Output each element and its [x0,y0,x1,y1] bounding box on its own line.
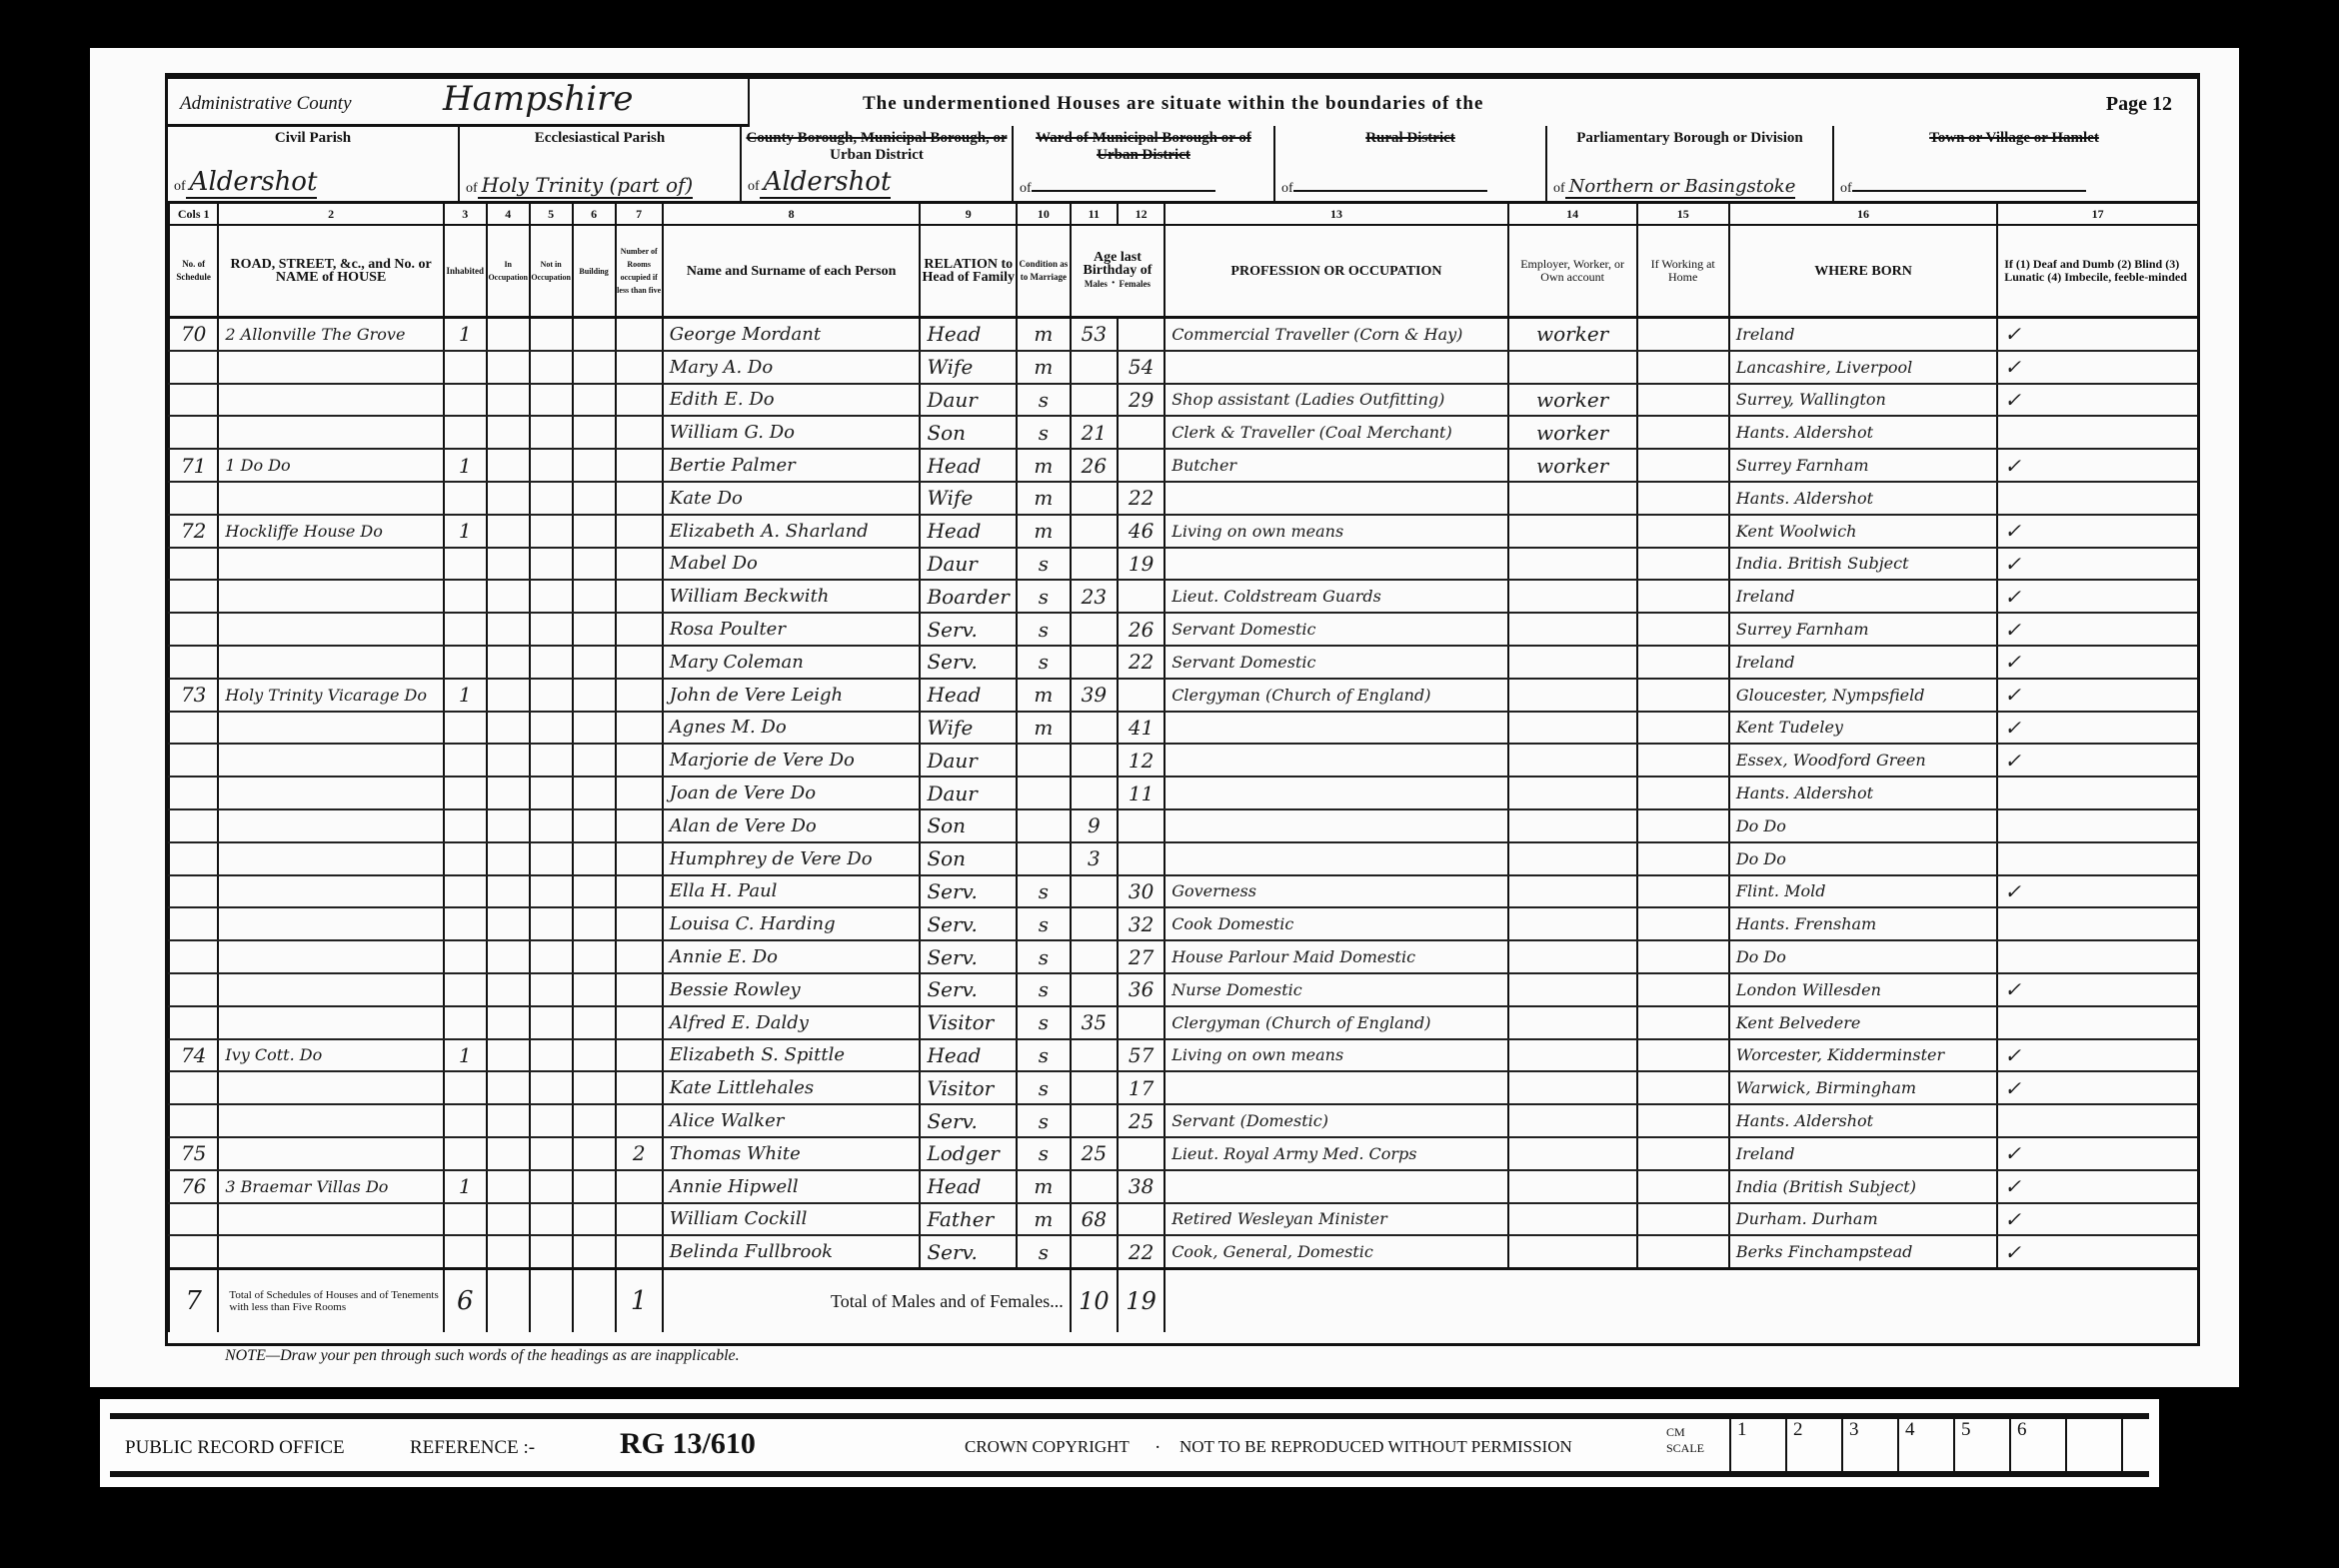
struck-label: County Borough, Municipal Borough, or [747,130,1008,146]
total-males: 10 [1071,1269,1118,1333]
rooms-cell [616,842,663,875]
rural-district: Rural District of [1275,126,1547,201]
employer-status-cell: worker [1508,416,1637,449]
occupation-cell: Servant (Domestic) [1165,1104,1508,1137]
female-age-cell: 38 [1118,1170,1165,1203]
occupation-cell [1165,351,1508,384]
infirmity-cell: ✓ [1997,1235,2197,1268]
in-occupation-cell [487,1071,530,1104]
male-age-cell [1071,712,1118,745]
person-name-cell: Kate Littlehales [663,1071,921,1104]
where-born-cell: Hants. Aldershot [1729,1104,1997,1137]
female-age-cell: 22 [1118,646,1165,679]
table-row: Alice WalkerServ.s25Servant (Domestic)Ha… [169,1104,2197,1137]
civil-parish-value: Aldershot [186,167,318,199]
in-occupation-cell [487,1137,530,1170]
condition-cell: s [1017,416,1071,449]
col-num: 9 [920,204,1017,225]
schedule-no-cell: 75 [169,1137,218,1170]
person-name-cell: William Beckwith [663,580,921,613]
urban-district: County Borough, Municipal Borough, or Ur… [742,126,1014,201]
where-born-cell: Surrey, Wallington [1729,384,1997,417]
inhabited-cell [444,842,487,875]
condition-cell: m [1017,1170,1071,1203]
total-building [573,1269,616,1333]
employer-status-cell: worker [1508,318,1637,351]
person-name-cell: Thomas White [663,1137,921,1170]
in-occupation-cell [487,449,530,482]
employer-status-cell [1508,744,1637,777]
table-row: Joan de Vere DoDaur11Hants. Aldershot [169,777,2197,809]
condition-cell [1017,744,1071,777]
parliamentary-borough-value: Northern or Basingstoke [1565,176,1796,199]
inhabited-cell [444,1071,487,1104]
table-row: Marjorie de Vere DoDaur12Essex, Woodford… [169,744,2197,777]
rooms-cell [616,777,663,809]
schedule-no-cell [169,384,218,417]
table-row: Annie E. DoServ.s27House Parlour Maid Do… [169,940,2197,973]
of-label: of [466,181,478,196]
female-age-cell [1118,1006,1165,1039]
female-age-cell: 54 [1118,351,1165,384]
relation-cell: Wife [920,351,1017,384]
where-born-cell: Berks Finchampstead [1729,1235,1997,1268]
table-row: 74Ivy Cott. Do1Elizabeth S. SpittleHeads… [169,1039,2197,1072]
scale-cell: 6 [2009,1419,2065,1477]
female-age-cell: 27 [1118,940,1165,973]
where-born-cell: Do Do [1729,842,1997,875]
table-row: Belinda FullbrookServ.s22Cook, General, … [169,1235,2197,1268]
schedule-no-cell [169,777,218,809]
inhabited-cell [444,613,487,646]
building-cell [573,351,616,384]
civil-parish-label: Civil Parish [168,130,458,147]
occupation-cell: Clergyman (Church of England) [1165,1006,1508,1039]
employer-status-cell [1508,1006,1637,1039]
condition-cell: s [1017,613,1071,646]
occupation-cell [1165,842,1508,875]
schedule-no-cell [169,1071,218,1104]
col-num: 5 [530,204,573,225]
totals-blank [1165,1269,2197,1333]
female-age-cell: 46 [1118,515,1165,548]
building-cell [573,777,616,809]
relation-cell: Serv. [920,646,1017,679]
inhabited-cell [444,940,487,973]
person-name-cell: Alan de Vere Do [663,809,921,842]
inhabited-cell [444,875,487,908]
census-rows: 702 Allonville The Grove1George MordantH… [169,318,2197,1269]
employer-status-cell [1508,777,1637,809]
building-cell [573,712,616,745]
person-name-cell: Alice Walker [663,1104,921,1137]
of-label: of [174,179,186,194]
scale-label: SCALE [1666,1441,1704,1456]
male-age-cell [1071,875,1118,908]
heading-employer: Employer, Worker, or Own account [1508,225,1637,318]
male-age-cell [1071,482,1118,515]
in-occupation-cell [487,1104,530,1137]
rooms-cell [616,1006,663,1039]
relation-cell: Wife [920,712,1017,745]
employer-status-cell [1508,1071,1637,1104]
occupation-cell: Servant Domestic [1165,613,1508,646]
not-in-occupation-cell [530,548,573,581]
schedule-no-cell: 73 [169,679,218,712]
inhabited-cell: 1 [444,1170,487,1203]
not-in-occupation-cell [530,318,573,351]
col-num: 16 [1729,204,1997,225]
road-address-cell: Holy Trinity Vicarage Do [218,679,443,712]
employer-status-cell [1508,646,1637,679]
working-at-home-cell [1637,1071,1729,1104]
where-born-cell: Essex, Woodford Green [1729,744,1997,777]
road-address-cell: Hockliffe House Do [218,515,443,548]
road-address-cell: Ivy Cott. Do [218,1039,443,1072]
employer-status-cell [1508,1039,1637,1072]
male-age-cell: 21 [1071,416,1118,449]
inhabited-cell: 1 [444,449,487,482]
not-in-occupation-cell [530,613,573,646]
infirmity-cell [1997,416,2197,449]
person-name-cell: Kate Do [663,482,921,515]
relation-cell: Serv. [920,973,1017,1006]
female-age-cell [1118,580,1165,613]
male-age-cell: 68 [1071,1203,1118,1236]
relation-cell: Head [920,1039,1017,1072]
heading-relation: RELATION to Head of Family [920,225,1017,318]
building-cell [573,515,616,548]
occupation-cell: Butcher [1165,449,1508,482]
inhabited-cell [444,712,487,745]
heading-condition: Condition as to Marriage [1017,225,1071,318]
admin-county-value: Hampshire [443,79,634,119]
not-in-occupation-cell [530,1071,573,1104]
male-age-cell [1071,1071,1118,1104]
inhabited-cell [444,1203,487,1236]
working-at-home-cell [1637,907,1729,940]
building-cell [573,973,616,1006]
rooms-cell [616,416,663,449]
relation-cell: Wife [920,482,1017,515]
cm-scale: 1 2 3 4 5 6 [1729,1419,2123,1477]
relation-cell: Head [920,679,1017,712]
schedule-no-cell [169,712,218,745]
building-cell [573,1137,616,1170]
condition-cell: m [1017,1203,1071,1236]
heading-where-born: WHERE BORN [1729,225,1997,318]
person-name-cell: Alfred E. Daldy [663,1006,921,1039]
struck-label: Town or Village or Hamlet [1929,130,2099,146]
male-age-cell [1071,1039,1118,1072]
female-age-cell: 17 [1118,1071,1165,1104]
separator: · [1155,1437,1161,1459]
town-village-value [1852,190,2086,192]
schedule-no-cell [169,1235,218,1268]
female-age-cell [1118,416,1165,449]
relation-cell: Son [920,809,1017,842]
road-address-cell [218,940,443,973]
occupation-cell: Retired Wesleyan Minister [1165,1203,1508,1236]
male-age-cell: 9 [1071,809,1118,842]
condition-cell: s [1017,973,1071,1006]
working-at-home-cell [1637,1006,1729,1039]
infirmity-cell: ✓ [1997,449,2197,482]
col-num: 13 [1165,204,1508,225]
employer-status-cell [1508,548,1637,581]
employer-status-cell [1508,940,1637,973]
male-age-cell [1071,613,1118,646]
schedule-no-cell [169,580,218,613]
building-cell [573,1006,616,1039]
infirmity-cell [1997,809,2197,842]
table-row: William G. DoSons21Clerk & Traveller (Co… [169,416,2197,449]
inhabited-cell [444,907,487,940]
employer-status-cell [1508,907,1637,940]
relation-cell: Father [920,1203,1017,1236]
infirmity-cell: ✓ [1997,1039,2197,1072]
scale-cell: 3 [1841,1419,1897,1477]
female-age-cell: 19 [1118,548,1165,581]
occupation-cell [1165,777,1508,809]
female-age-cell: 26 [1118,613,1165,646]
road-address-cell [218,973,443,1006]
where-born-cell: India. British Subject [1729,548,1997,581]
female-age-cell [1118,842,1165,875]
boundaries-heading: The undermentioned Houses are situate wi… [863,93,1483,115]
employer-status-cell [1508,613,1637,646]
where-born-cell: Warwick, Birmingham [1729,1071,1997,1104]
rooms-cell: 2 [616,1137,663,1170]
person-name-cell: Louisa C. Harding [663,907,921,940]
occupation-cell [1165,1170,1508,1203]
admin-county-label: Administrative County [180,93,352,115]
where-born-cell: Lancashire, Liverpool [1729,351,1997,384]
building-cell [573,318,616,351]
census-table: Cols 1 2 3 4 5 6 7 8 9 10 11 12 13 14 15… [168,204,2197,1332]
in-occupation-cell [487,777,530,809]
in-occupation-cell [487,515,530,548]
table-row: Kate LittlehalesVisitors17Warwick, Birmi… [169,1071,2197,1104]
where-born-cell: Hants. Aldershot [1729,777,1997,809]
males-label: Males [1085,279,1108,289]
working-at-home-cell [1637,482,1729,515]
condition-cell [1017,777,1071,809]
person-name-cell: William Cockill [663,1203,921,1236]
scale-cell: 4 [1897,1419,1953,1477]
infirmity-cell [1997,940,2197,973]
working-at-home-cell [1637,613,1729,646]
not-in-occupation-cell [530,351,573,384]
table-row: Ella H. PaulServ.s30GovernessFlint. Mold… [169,875,2197,908]
where-born-cell: Flint. Mold [1729,875,1997,908]
male-age-cell [1071,744,1118,777]
female-age-cell [1118,1137,1165,1170]
not-in-occupation-cell [530,646,573,679]
rooms-cell [616,318,663,351]
building-cell [573,1170,616,1203]
infirmity-cell: ✓ [1997,351,2197,384]
cm-label: CM [1666,1425,1685,1440]
male-age-cell: 26 [1071,449,1118,482]
infirmity-cell: ✓ [1997,515,2197,548]
scale-cell: 5 [1953,1419,2009,1477]
inhabited-cell [444,1137,487,1170]
total-females: 19 [1118,1269,1165,1333]
col-num: 11 [1071,204,1118,225]
occupation-cell [1165,548,1508,581]
admin-county-box: Administrative County Hampshire [168,79,750,127]
relation-cell: Son [920,416,1017,449]
female-age-cell [1118,679,1165,712]
person-name-cell: Annie E. Do [663,940,921,973]
urban-district-label: Urban District [830,147,924,163]
schedule-no-cell: 70 [169,318,218,351]
column-numbers-row: Cols 1 2 3 4 5 6 7 8 9 10 11 12 13 14 15… [169,204,2197,225]
road-address-cell [218,1235,443,1268]
where-born-cell: Hants. Aldershot [1729,482,1997,515]
occupation-cell [1165,744,1508,777]
in-occupation-cell [487,548,530,581]
working-at-home-cell [1637,1170,1729,1203]
schedule-no-cell [169,613,218,646]
rooms-cell [616,613,663,646]
working-at-home-cell [1637,875,1729,908]
rooms-cell [616,809,663,842]
heading-not-in-occupation: Not in Occupation [530,225,573,318]
rural-district-value [1293,190,1487,192]
person-name-cell: Annie Hipwell [663,1170,921,1203]
infirmity-cell [1997,1104,2197,1137]
infirmity-cell: ✓ [1997,744,2197,777]
where-born-cell: Ireland [1729,318,1997,351]
inhabited-cell: 1 [444,318,487,351]
relation-cell: Serv. [920,1104,1017,1137]
in-occupation-cell [487,1235,530,1268]
permission-notice: NOT TO BE REPRODUCED WITHOUT PERMISSION [1179,1437,1572,1457]
relation-cell: Serv. [920,1235,1017,1268]
rooms-cell [616,907,663,940]
infirmity-cell: ✓ [1997,548,2197,581]
schedule-no-cell [169,416,218,449]
person-name-cell: Bertie Palmer [663,449,921,482]
ward: Ward of Municipal Borough or of Urban Di… [1014,126,1275,201]
employer-status-cell [1508,351,1637,384]
where-born-cell: Ireland [1729,580,1997,613]
person-name-cell: Rosa Poulter [663,613,921,646]
male-age-cell: 25 [1071,1137,1118,1170]
heading-occupation: PROFESSION OR OCCUPATION [1165,225,1508,318]
not-in-occupation-cell [530,416,573,449]
col-num: 12 [1118,204,1165,225]
schedule-no-cell: 72 [169,515,218,548]
condition-cell: s [1017,907,1071,940]
in-occupation-cell [487,907,530,940]
working-at-home-cell [1637,973,1729,1006]
condition-cell: s [1017,646,1071,679]
female-age-cell: 32 [1118,907,1165,940]
employer-status-cell [1508,580,1637,613]
not-in-occupation-cell [530,1104,573,1137]
male-age-cell [1071,548,1118,581]
total-inhabited: 6 [444,1269,487,1333]
occupation-cell: Nurse Domestic [1165,973,1508,1006]
infirmity-cell: ✓ [1997,646,2197,679]
condition-cell: s [1017,1071,1071,1104]
where-born-cell: Do Do [1729,809,1997,842]
total-rooms: 1 [616,1269,663,1333]
in-occupation-cell [487,580,530,613]
occupation-cell: Shop assistant (Ladies Outfitting) [1165,384,1508,417]
not-in-occupation-cell [530,842,573,875]
not-in-occupation-cell [530,1235,573,1268]
working-at-home-cell [1637,580,1729,613]
building-cell [573,548,616,581]
not-in-occupation-cell [530,1203,573,1236]
col-num: 8 [663,204,921,225]
inhabited-cell [444,744,487,777]
working-at-home-cell [1637,384,1729,417]
condition-cell: s [1017,1039,1071,1072]
rooms-cell [616,1203,663,1236]
not-in-occupation-cell [530,384,573,417]
scale-cell [2065,1419,2123,1477]
not-in-occupation-cell [530,940,573,973]
crown-copyright: CROWN COPYRIGHT [965,1437,1130,1457]
employer-status-cell: worker [1508,384,1637,417]
census-sheet: Administrative County Hampshire The unde… [90,48,2239,1387]
table-row: Alfred E. DaldyVisitors35Clergyman (Chur… [169,1006,2197,1039]
working-at-home-cell [1637,1104,1729,1137]
infirmity-cell: ✓ [1997,875,2197,908]
table-row: Agnes M. DoWifem41Kent Tudeley✓ [169,712,2197,745]
not-in-occupation-cell [530,907,573,940]
working-at-home-cell [1637,318,1729,351]
building-cell [573,907,616,940]
table-row: Louisa C. HardingServ.s32Cook DomesticHa… [169,907,2197,940]
employer-status-cell [1508,679,1637,712]
not-in-occupation-cell [530,679,573,712]
of-label: of [1553,181,1565,196]
relation-cell: Daur [920,744,1017,777]
road-address-cell [218,1071,443,1104]
road-address-cell [218,875,443,908]
occupation-cell: Commercial Traveller (Corn & Hay) [1165,318,1508,351]
occupation-cell: Living on own means [1165,1039,1508,1072]
table-row: Mabel DoDaurs19India. British Subject✓ [169,548,2197,581]
female-age-cell [1118,318,1165,351]
heading-schedule: No. of Schedule [169,225,218,318]
schedule-no-cell [169,548,218,581]
inhabited-cell [444,1235,487,1268]
building-cell [573,613,616,646]
working-at-home-cell [1637,1203,1729,1236]
working-at-home-cell [1637,744,1729,777]
in-occupation-cell [487,318,530,351]
rooms-cell [616,1235,663,1268]
working-at-home-cell [1637,515,1729,548]
of-label: of [1020,181,1032,196]
col-num: Cols 1 [169,204,218,225]
person-name-cell: Elizabeth A. Sharland [663,515,921,548]
schedule-no-cell [169,842,218,875]
struck-label: Rural District [1365,130,1455,146]
schedule-no-cell [169,1104,218,1137]
footnote: NOTE—Draw your pen through such words of… [225,1347,740,1365]
building-cell [573,1104,616,1137]
where-born-cell: Kent Woolwich [1729,515,1997,548]
condition-cell: s [1017,548,1071,581]
